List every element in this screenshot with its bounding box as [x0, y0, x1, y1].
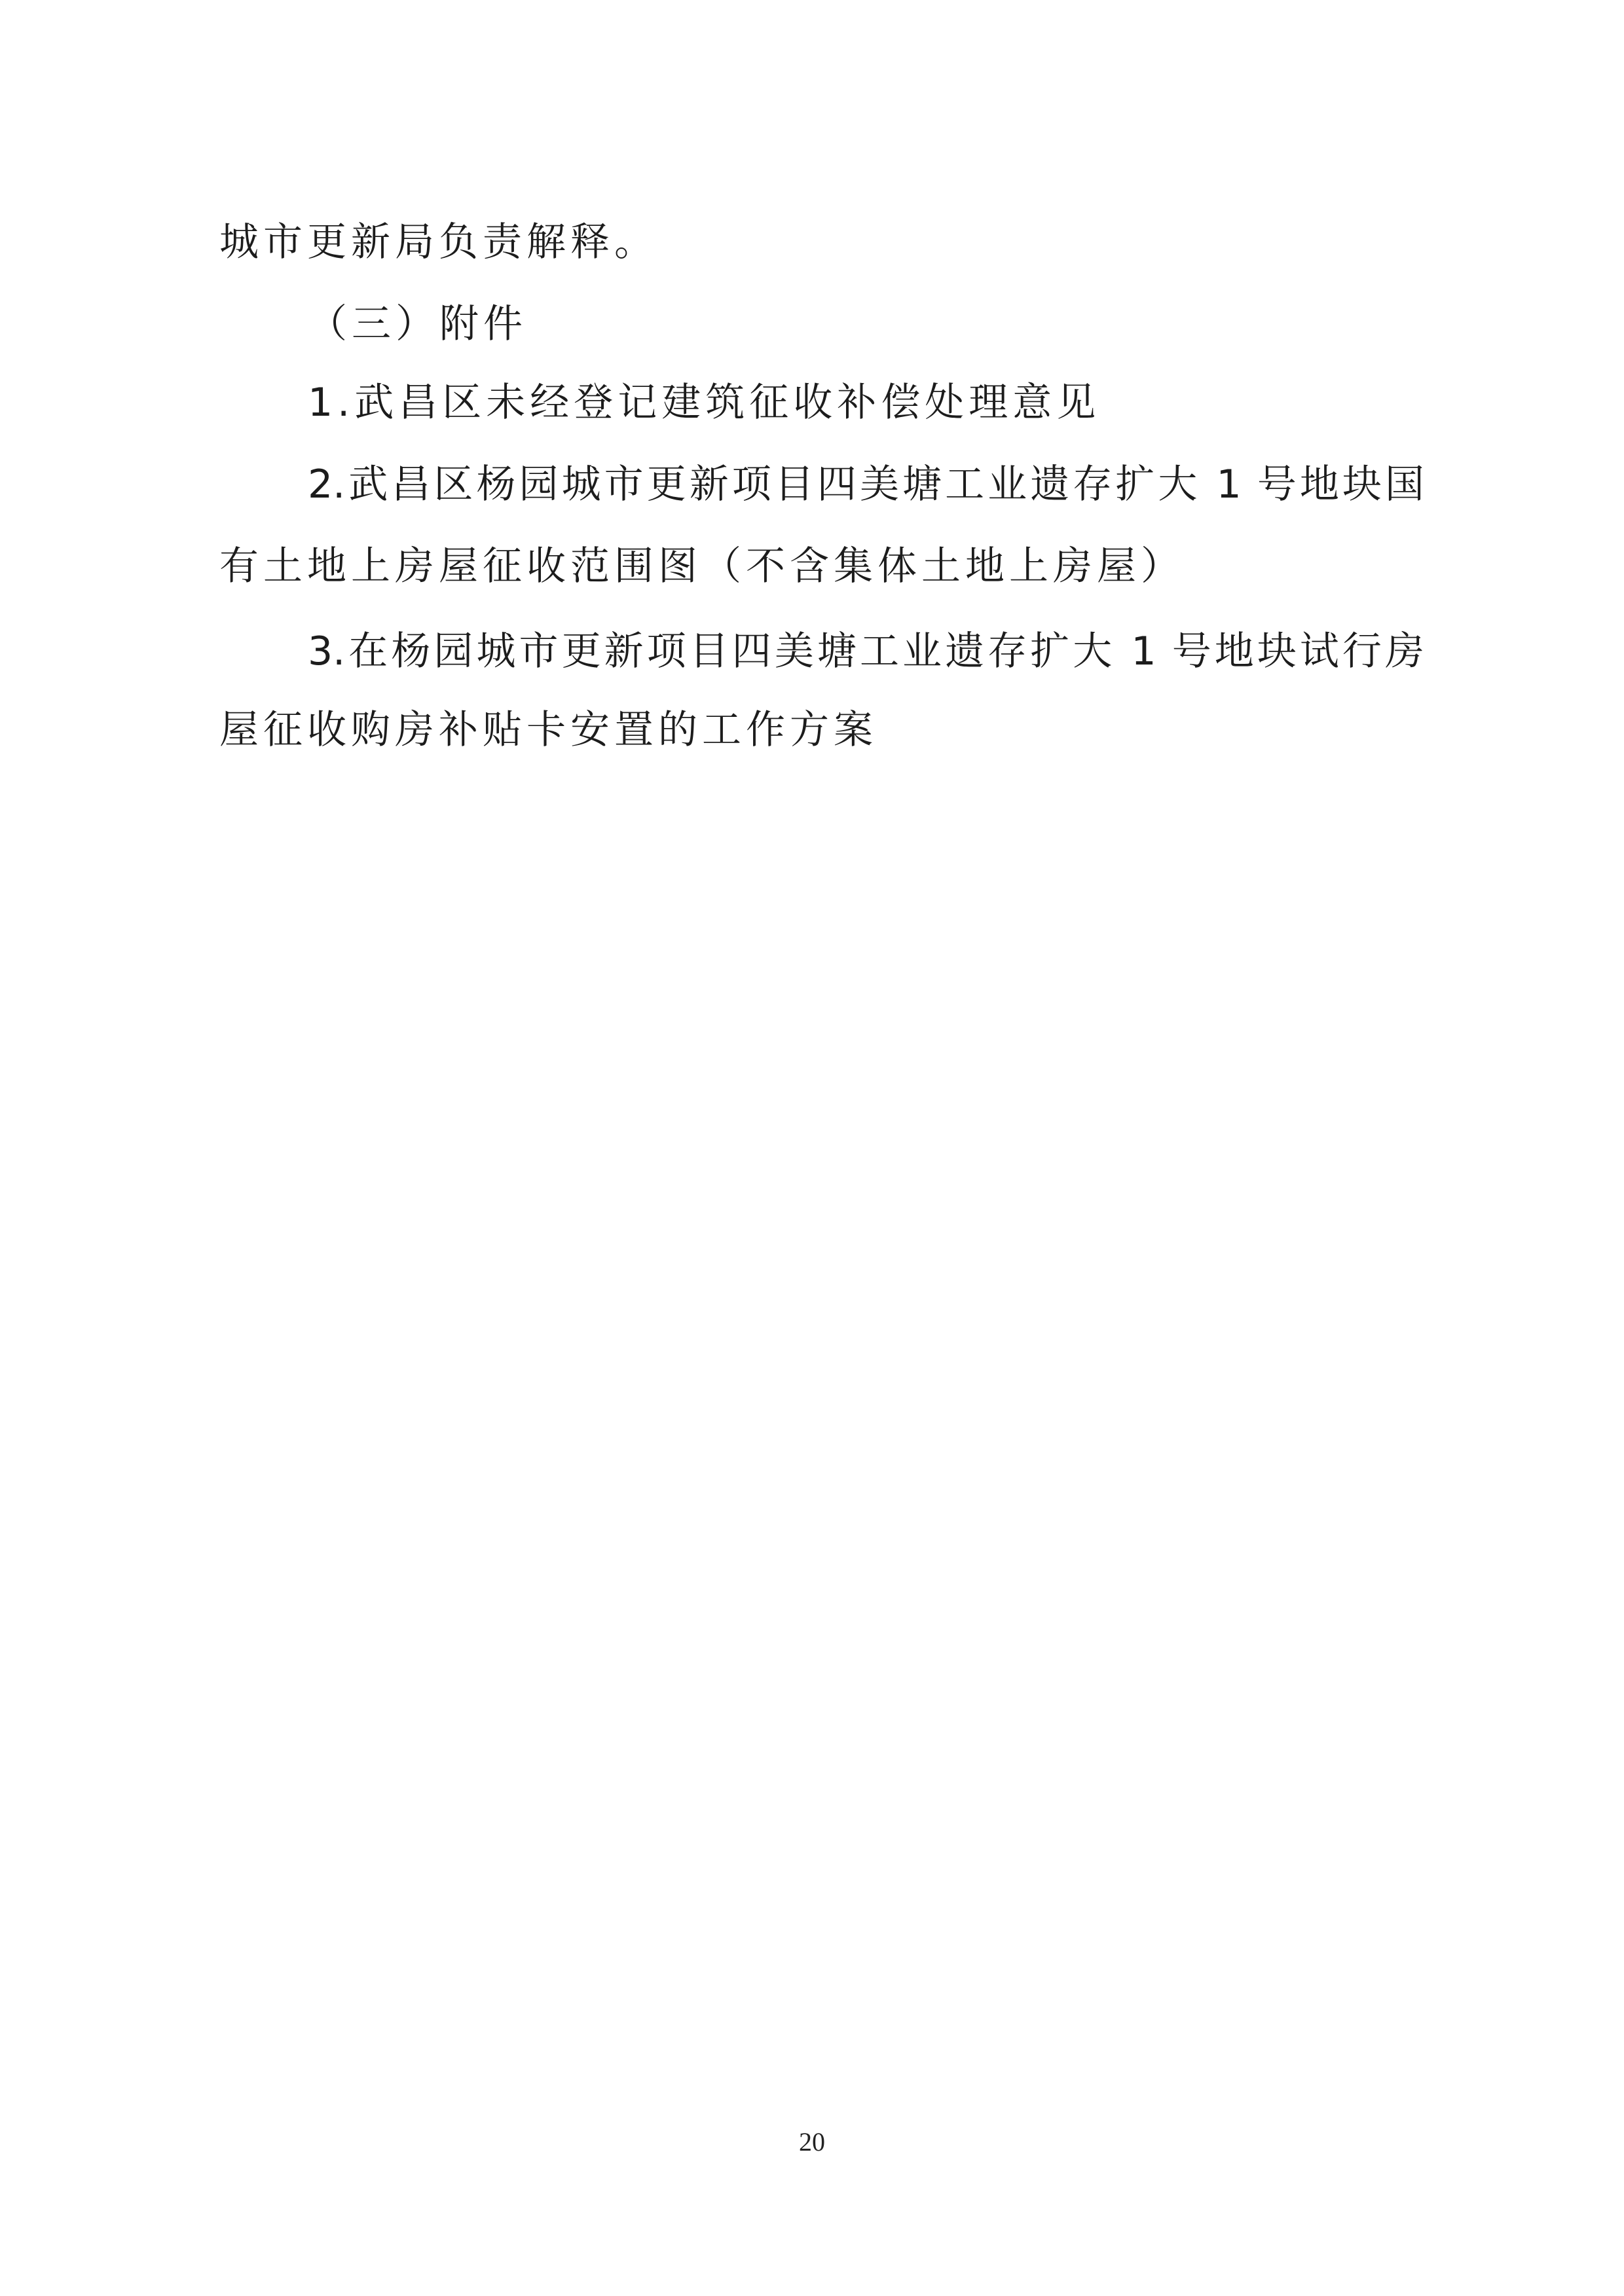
attachment-item-2-line-1: 2.武昌区杨园城市更新项目四美塘工业遗存扩大 1 号地块国: [308, 458, 1424, 511]
page-number: 20: [0, 2126, 1624, 2157]
attachment-item-3-line-1: 3.在杨园城市更新项目四美塘工业遗存扩大 1 号地块试行房: [308, 625, 1424, 678]
attachment-item-3-line-2: 屋征收购房补贴卡安置的工作方案: [219, 704, 877, 756]
document-page: 城市更新局负责解释。 （三）附件 1.武昌区未经登记建筑征收补偿处理意见 2.武…: [0, 0, 1624, 2296]
section-heading-attachments: （三）附件: [308, 298, 527, 350]
paragraph-continuation: 城市更新局负责解释。: [219, 216, 658, 268]
attachment-item-1: 1.武昌区未经登记建筑征收补偿处理意见: [308, 376, 1100, 429]
attachment-item-2-line-2: 有土地上房屋征收范围图（不含集体土地上房屋）: [219, 540, 1185, 592]
